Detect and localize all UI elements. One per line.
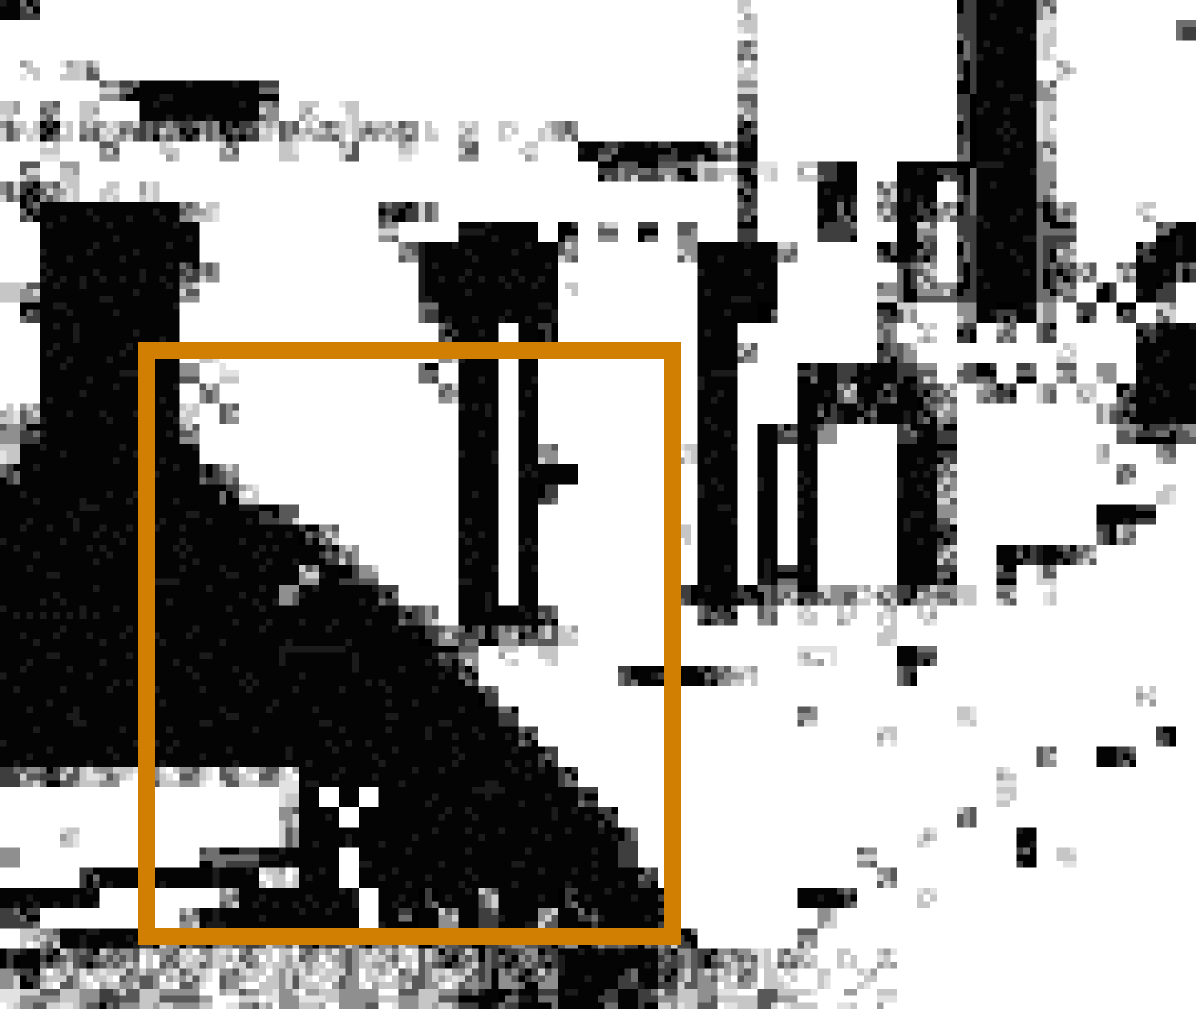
dithered-photo-canvas <box>0 0 1196 1009</box>
annotated-screenshot <box>0 0 1196 1009</box>
